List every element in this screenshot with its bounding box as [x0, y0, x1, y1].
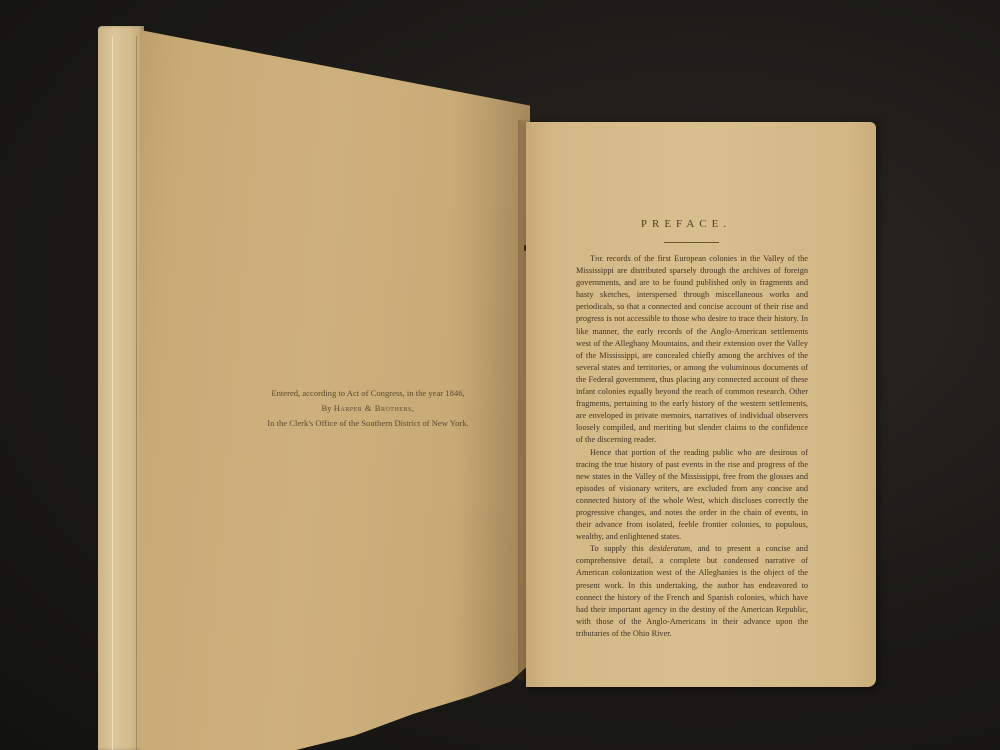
preface-body: The records of the first European coloni… [576, 253, 808, 640]
imprint-by: By [322, 403, 334, 413]
imprint-line-1: Entered, according to Act of Congress, i… [248, 386, 488, 401]
photo-scene: Entered, according to Act of Congress, i… [0, 0, 1000, 750]
paragraph-pre: To supply this [590, 544, 649, 553]
book-cover-edge [98, 26, 144, 750]
cover-edge-line [112, 36, 113, 750]
paragraph-text: and to present a concise and comprehensi… [576, 544, 808, 638]
paragraph-text: Hence that portion of the reading public… [576, 448, 808, 542]
imprint-line-3: In the Clerk's Office of the Southern Di… [248, 416, 488, 431]
imprint-line-2: By Harper & Brothers, [248, 401, 488, 416]
heading-rule [664, 242, 719, 243]
preface-paragraph-3: To supply this desideratum, and to prese… [576, 543, 808, 640]
paragraph-text: records of the first European colonies i… [576, 254, 808, 444]
cover-edge-line [136, 36, 137, 750]
imprint-publisher: Harper & Brothers, [334, 403, 415, 413]
preface-heading: PREFACE. [526, 218, 846, 230]
preface-paragraph-2: Hence that portion of the reading public… [576, 447, 808, 544]
paragraph-lead-word: The [590, 254, 603, 263]
copyright-imprint: Entered, according to Act of Congress, i… [248, 386, 488, 431]
preface-paragraph-1: The records of the first European coloni… [576, 253, 808, 447]
paragraph-italic-term: desideratum, [649, 544, 692, 553]
